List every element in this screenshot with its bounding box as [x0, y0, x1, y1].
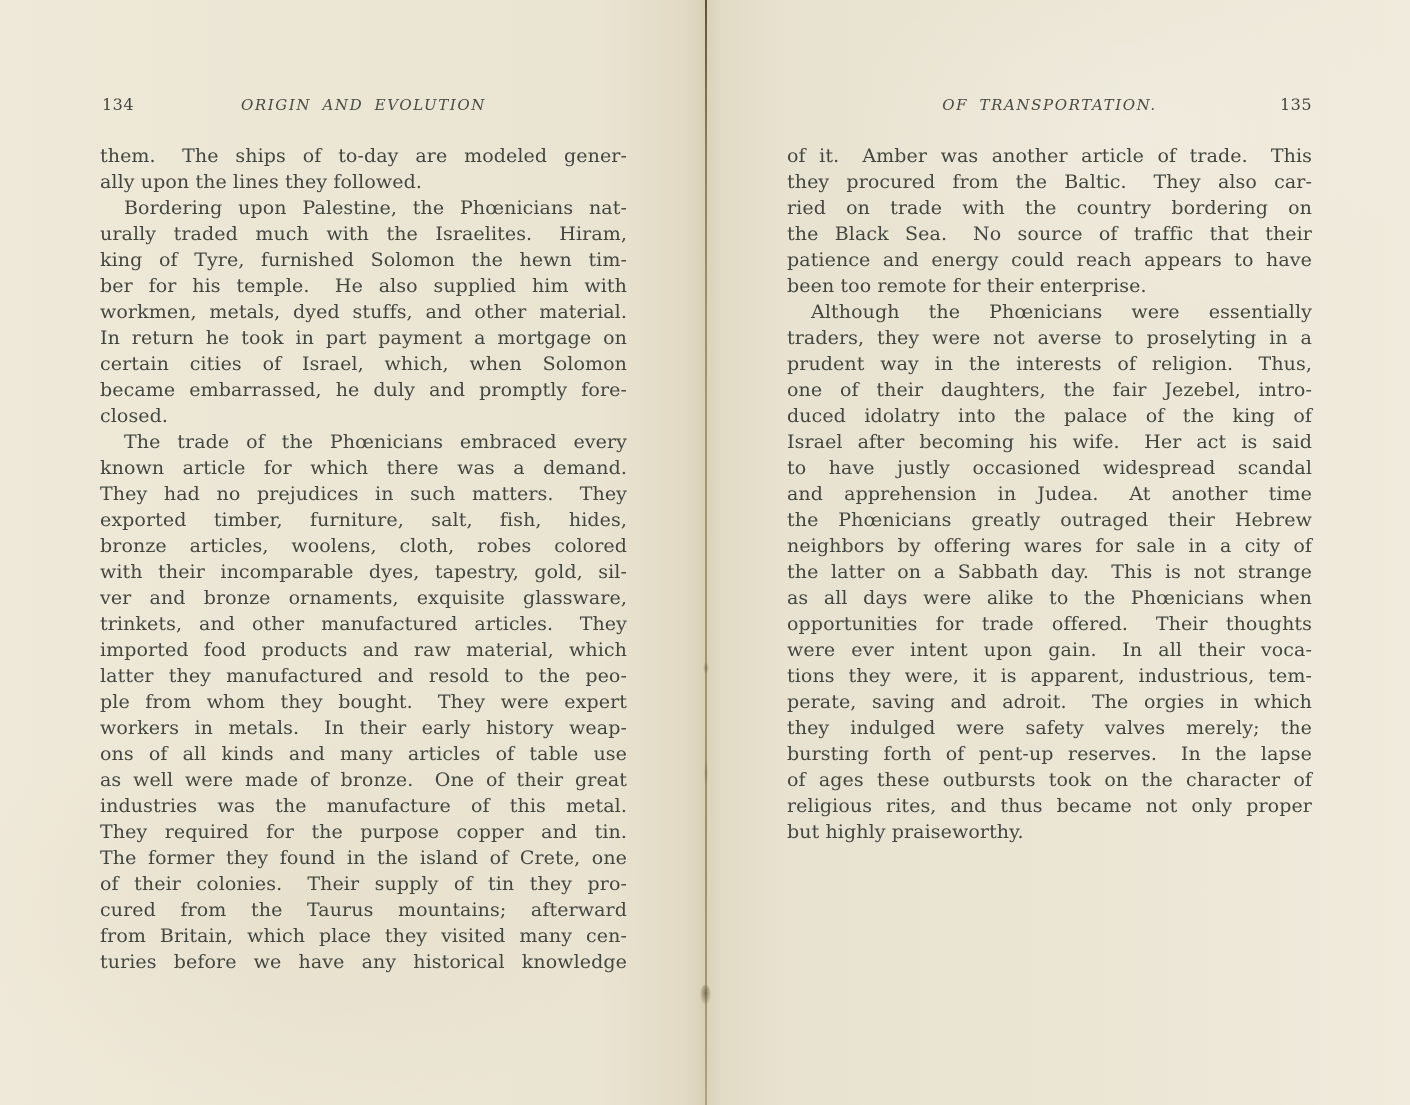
paper-blemish — [703, 662, 709, 674]
text-line: of ages these outbursts took on the char… — [787, 767, 1312, 793]
text-line: turies before we have any historical kno… — [100, 949, 627, 975]
text-line: of it. Amber was another article of trad… — [787, 143, 1312, 169]
text-line: with their incomparable dyes, tapestry, … — [100, 559, 627, 585]
text-line: them. The ships of to-day are modeled ge… — [100, 143, 627, 169]
text-line: the latter on a Sabbath day. This is not… — [787, 559, 1312, 585]
text-line: they procured from the Baltic. They also… — [787, 169, 1312, 195]
text-line: latter they manufactured and resold to t… — [100, 663, 627, 689]
page-135: OF TRANSPORTATION. 135 of it. Amber was … — [787, 94, 1312, 845]
text-line: workers in metals. In their early histor… — [100, 715, 627, 741]
text-line: Israel after becoming his wife. Her act … — [787, 429, 1312, 455]
text-line: were ever intent upon gain. In all their… — [787, 637, 1312, 663]
text-line: to have justly occasioned widespread sca… — [787, 455, 1312, 481]
text-line: ons of all kinds and many articles of ta… — [100, 741, 627, 767]
book-spread-scan: 134 ORIGIN AND EVOLUTION them. The ships… — [0, 0, 1410, 1105]
text-line: ally upon the lines they followed. — [100, 169, 627, 195]
text-line: the Phœnicians greatly outraged their He… — [787, 507, 1312, 533]
text-line: one of their daughters, the fair Jezebel… — [787, 377, 1312, 403]
text-line: urally traded much with the Israelites. … — [100, 221, 627, 247]
book-gutter — [705, 0, 707, 1105]
text-line: as well were made of bronze. One of thei… — [100, 767, 627, 793]
page-header-left: 134 ORIGIN AND EVOLUTION — [100, 94, 627, 116]
text-line: bursting forth of pent-up reserves. In t… — [787, 741, 1312, 767]
text-line: They had no prejudices in such matters. … — [100, 481, 627, 507]
text-line: king of Tyre, furnished Solomon the hewn… — [100, 247, 627, 273]
text-line: opportunities for trade offered. Their t… — [787, 611, 1312, 637]
running-header: ORIGIN AND EVOLUTION — [100, 96, 627, 114]
text-line: the Black Sea. No source of traffic that… — [787, 221, 1312, 247]
text-line: patience and energy could reach appears … — [787, 247, 1312, 273]
text-line: bronze articles, woolens, cloth, robes c… — [100, 533, 627, 559]
text-line: ver and bronze ornaments, exquisite glas… — [100, 585, 627, 611]
text-line: traders, they were not averse to prosely… — [787, 325, 1312, 351]
text-line: trinkets, and other manufactured article… — [100, 611, 627, 637]
text-line: workmen, metals, dyed stuffs, and other … — [100, 299, 627, 325]
text-line: neighbors by offering wares for sale in … — [787, 533, 1312, 559]
text-line: ple from whom they bought. They were exp… — [100, 689, 627, 715]
text-line: as all days were alike to the Phœnicians… — [787, 585, 1312, 611]
paper-blemish — [700, 985, 711, 1005]
text-column-right: of it. Amber was another article of trad… — [787, 143, 1312, 845]
page-header-right: OF TRANSPORTATION. 135 — [787, 94, 1312, 116]
text-line: ber for his temple. He also supplied him… — [100, 273, 627, 299]
text-line: from Britain, which place they visited m… — [100, 923, 627, 949]
text-column-left: them. The ships of to-day are modeled ge… — [100, 143, 627, 975]
text-line: they indulged were safety valves merely;… — [787, 715, 1312, 741]
text-line: became embarrassed, he duly and promptly… — [100, 377, 627, 403]
running-header: OF TRANSPORTATION. — [787, 96, 1312, 114]
text-line: They required for the purpose copper and… — [100, 819, 627, 845]
text-line: industries was the manufacture of this m… — [100, 793, 627, 819]
paper-blemish — [704, 760, 708, 786]
text-line: of their colonies. Their supply of tin t… — [100, 871, 627, 897]
text-line: exported timber, furniture, salt, fish, … — [100, 507, 627, 533]
text-line: In return he took in part payment a mort… — [100, 325, 627, 351]
text-line: religious rites, and thus became not onl… — [787, 793, 1312, 819]
text-line: closed. — [100, 403, 627, 429]
text-line: The trade of the Phœnicians embraced eve… — [100, 429, 627, 455]
page-134: 134 ORIGIN AND EVOLUTION them. The ships… — [100, 94, 627, 975]
text-line: but highly praiseworthy. — [787, 819, 1312, 845]
text-line: Bordering upon Palestine, the Phœnicians… — [100, 195, 627, 221]
text-line: prudent way in the interests of religion… — [787, 351, 1312, 377]
text-line: Although the Phœnicians were essentially — [787, 299, 1312, 325]
text-line: imported food products and raw material,… — [100, 637, 627, 663]
text-line: tions they were, it is apparent, industr… — [787, 663, 1312, 689]
text-line: and apprehension in Judea. At another ti… — [787, 481, 1312, 507]
text-line: cured from the Taurus mountains; afterwa… — [100, 897, 627, 923]
text-line: perate, saving and adroit. The orgies in… — [787, 689, 1312, 715]
text-line: ried on trade with the country bordering… — [787, 195, 1312, 221]
text-line: been too remote for their enterprise. — [787, 273, 1312, 299]
text-line: known article for which there was a dema… — [100, 455, 627, 481]
text-line: duced idolatry into the palace of the ki… — [787, 403, 1312, 429]
text-line: The former they found in the island of C… — [100, 845, 627, 871]
page-number: 135 — [1280, 95, 1312, 114]
text-line: certain cities of Israel, which, when So… — [100, 351, 627, 377]
